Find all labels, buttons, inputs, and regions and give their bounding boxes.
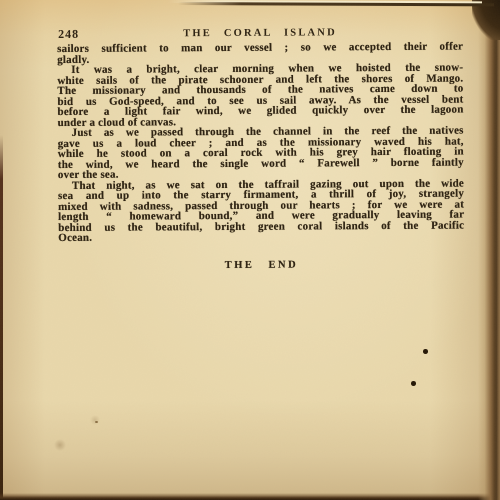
scanned-book-page: 248 THE CORAL ISLAND sailors sufficient … [0, 0, 500, 500]
paragraph: That night, as we sat on the taffrail ga… [58, 178, 464, 243]
page-header: 248 THE CORAL ISLAND [57, 25, 463, 41]
body-text: sailors sufficient to man our vessel ; s… [57, 42, 464, 244]
text-line: behind us the beautiful, bright green co… [58, 220, 464, 233]
page-corner-curl [472, 0, 500, 40]
text-line: sailors sufficient to man our vessel ; s… [57, 42, 463, 55]
foxing-speck [95, 421, 98, 423]
page-top-edge-shadow [178, 2, 494, 6]
page-right-edge [478, 0, 500, 500]
the-end-label: THE END [58, 258, 464, 271]
page-bottom-edge [0, 493, 500, 500]
ink-spot [411, 381, 416, 386]
page-left-edge [0, 135, 3, 500]
page-content: 248 THE CORAL ISLAND sailors sufficient … [57, 25, 464, 272]
page-top-edge-highlight [168, 0, 482, 4]
running-title: THE CORAL ISLAND [57, 27, 463, 40]
ink-spot [423, 349, 428, 354]
paragraph: Just as we passed through the channel in… [58, 126, 464, 181]
text-line: before a light fair wind, we glided quic… [57, 105, 463, 118]
paragraph: It was a bright, clear morning when we h… [57, 63, 463, 128]
